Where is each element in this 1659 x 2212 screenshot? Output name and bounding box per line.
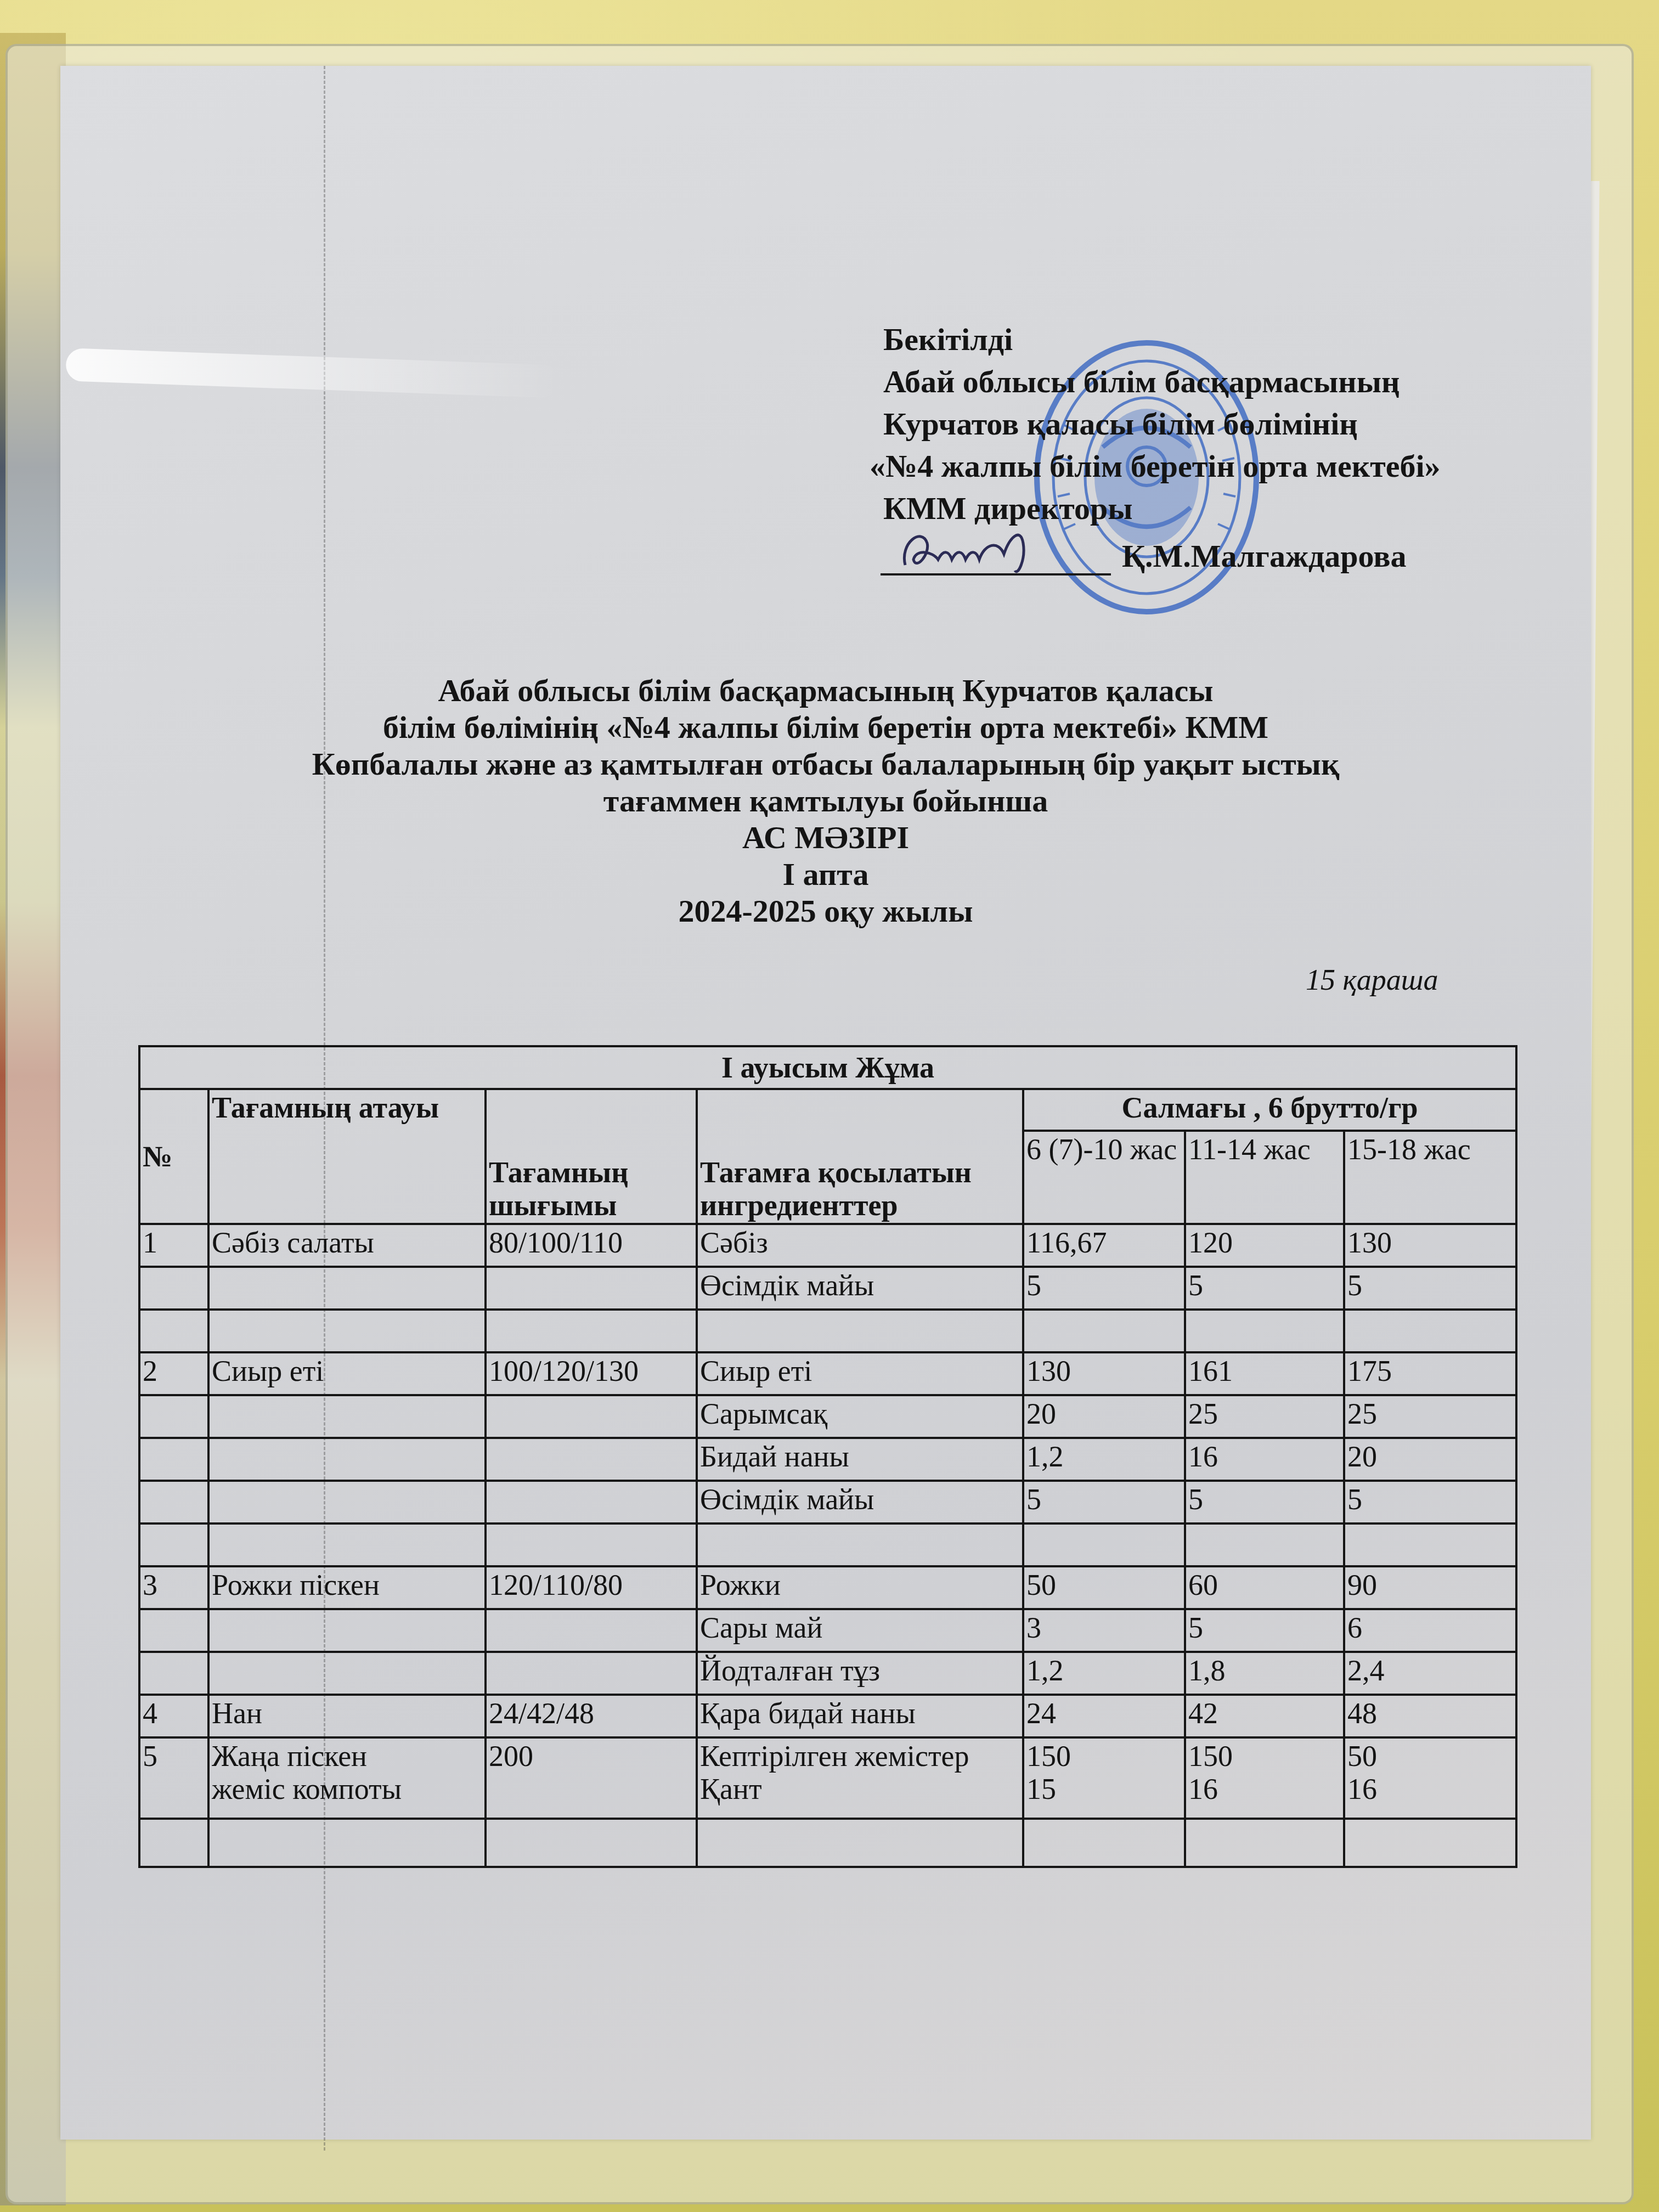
weight-age-6-10-line: 15 <box>1026 1773 1182 1805</box>
dish-name <box>208 1395 486 1438</box>
weight-age-15-18: 5 <box>1344 1481 1516 1523</box>
dish-name: Рожки піскен <box>208 1566 486 1609</box>
dish-yield: 80/100/110 <box>486 1224 697 1267</box>
approval-line: Абай облысы білім басқармасының <box>883 360 1542 403</box>
row-number <box>139 1310 208 1352</box>
dish-name: Сиыр еті <box>208 1352 486 1395</box>
weight-age-11-14: 5 <box>1185 1481 1344 1523</box>
dish-yield <box>486 1481 697 1523</box>
signer-name: Қ.М.Малгаждарова <box>1122 538 1406 574</box>
row-number <box>139 1438 208 1481</box>
row-number <box>139 1395 208 1438</box>
dish-name <box>208 1609 486 1652</box>
table-row: Бидай наны1,21620 <box>139 1438 1516 1481</box>
dish-name <box>208 1310 486 1352</box>
empty-cell <box>208 1819 486 1867</box>
menu-heading: АС МӘЗІРІ <box>137 819 1514 856</box>
table-row: Йодталған тұз1,21,82,4 <box>139 1652 1516 1695</box>
ingredient-name <box>697 1310 1023 1352</box>
dish-name <box>208 1652 486 1695</box>
dish-yield <box>486 1395 697 1438</box>
weight-age-15-18-line: 16 <box>1347 1773 1513 1805</box>
weight-age-15-18-line: 50 <box>1347 1740 1513 1773</box>
weight-age-6-10 <box>1023 1523 1185 1566</box>
header-age-6-10: 6 (7)-10 жас <box>1023 1131 1185 1224</box>
dish-name: Сәбіз салаты <box>208 1224 486 1267</box>
weight-age-11-14: 120 <box>1185 1224 1344 1267</box>
empty-cell <box>139 1819 208 1867</box>
weight-age-15-18: 2,4 <box>1344 1652 1516 1695</box>
weight-age-15-18: 48 <box>1344 1695 1516 1737</box>
approval-line: «№4 жалпы білім беретін орта мектебі» <box>870 445 1542 487</box>
dish-yield <box>486 1652 697 1695</box>
row-number: 1 <box>139 1224 208 1267</box>
weight-age-11-14: 161 <box>1185 1352 1344 1395</box>
document-title: Абай облысы білім басқармасының Курчатов… <box>137 672 1514 929</box>
weight-age-11-14 <box>1185 1523 1344 1566</box>
row-number: 5 <box>139 1737 208 1819</box>
weight-age-6-10: 116,67 <box>1023 1224 1185 1267</box>
weight-age-11-14: 15016 <box>1185 1737 1344 1819</box>
ingredient-name: Рожки <box>697 1566 1023 1609</box>
dish-yield <box>486 1523 697 1566</box>
weight-age-11-14: 60 <box>1185 1566 1344 1609</box>
weight-age-11-14: 5 <box>1185 1609 1344 1652</box>
dish-name: Жаңа піскенжеміс компоты <box>208 1737 486 1819</box>
ingredient-name: Сиыр еті <box>697 1352 1023 1395</box>
header-age-11-14: 11-14 жас <box>1185 1131 1344 1224</box>
weight-age-11-14: 16 <box>1185 1438 1344 1481</box>
table-row: 3Рожки піскен120/110/80Рожки506090 <box>139 1566 1516 1609</box>
ingredient-name-line: Қант <box>700 1773 1020 1805</box>
weight-age-15-18 <box>1344 1310 1516 1352</box>
weight-age-11-14: 25 <box>1185 1395 1344 1438</box>
dish-yield: 120/110/80 <box>486 1566 697 1609</box>
weight-age-6-10: 1,2 <box>1023 1652 1185 1695</box>
row-number <box>139 1267 208 1310</box>
weight-age-6-10-line: 150 <box>1026 1740 1182 1773</box>
header-number: № <box>139 1089 208 1224</box>
ingredient-name: Йодталған тұз <box>697 1652 1023 1695</box>
title-line: білім бөлімінің «№4 жалпы білім беретін … <box>137 709 1514 746</box>
dish-name: Нан <box>208 1695 486 1737</box>
weight-age-6-10: 50 <box>1023 1566 1185 1609</box>
table-row <box>139 1310 1516 1352</box>
dish-name <box>208 1481 486 1523</box>
ingredient-name: Қара бидай наны <box>697 1695 1023 1737</box>
weight-age-11-14-line: 16 <box>1188 1773 1341 1805</box>
header-age-15-18: 15-18 жас <box>1344 1131 1516 1224</box>
weight-age-15-18: 25 <box>1344 1395 1516 1438</box>
weight-age-6-10: 5 <box>1023 1267 1185 1310</box>
header-ingredients: Тағамға қосылатын ингредиенттер <box>697 1089 1023 1224</box>
empty-cell <box>1185 1819 1344 1867</box>
ingredient-name-line: Кептірілген жемістер <box>700 1740 1020 1773</box>
approval-heading: Бекітілді <box>883 318 1542 360</box>
title-line: Абай облысы білім басқармасының Курчатов… <box>137 672 1514 709</box>
weight-age-6-10: 1,2 <box>1023 1438 1185 1481</box>
dish-name <box>208 1267 486 1310</box>
shift-title: І ауысым Жұма <box>139 1046 1516 1089</box>
table-row: Өсімдік майы555 <box>139 1267 1516 1310</box>
ingredient-name: Бидай наны <box>697 1438 1023 1481</box>
dish-yield <box>486 1609 697 1652</box>
table-row <box>139 1523 1516 1566</box>
approval-block: Бекітілді Абай облысы білім басқармасыны… <box>883 318 1542 529</box>
dish-yield: 24/42/48 <box>486 1695 697 1737</box>
dish-yield <box>486 1438 697 1481</box>
row-number <box>139 1652 208 1695</box>
ingredient-name: Өсімдік майы <box>697 1481 1023 1523</box>
weight-age-6-10 <box>1023 1310 1185 1352</box>
dish-yield <box>486 1310 697 1352</box>
menu-table: І ауысым Жұма № Тағамның атауы Тағамның … <box>138 1045 1517 1868</box>
table-row: 5Жаңа піскенжеміс компоты200Кептірілген … <box>139 1737 1516 1819</box>
weight-age-11-14: 42 <box>1185 1695 1344 1737</box>
weight-age-15-18: 5016 <box>1344 1737 1516 1819</box>
weight-age-6-10: 15015 <box>1023 1737 1185 1819</box>
header-dish-name: Тағамның атауы <box>208 1089 486 1224</box>
ingredient-name: Өсімдік майы <box>697 1267 1023 1310</box>
table-row: 2Сиыр еті100/120/130Сиыр еті130161175 <box>139 1352 1516 1395</box>
row-number <box>139 1481 208 1523</box>
row-number: 3 <box>139 1566 208 1609</box>
weight-age-6-10: 130 <box>1023 1352 1185 1395</box>
table-row: Сарымсақ202525 <box>139 1395 1516 1438</box>
row-number <box>139 1523 208 1566</box>
table-row: Өсімдік майы555 <box>139 1481 1516 1523</box>
academic-year: 2024-2025 оқу жылы <box>137 893 1514 929</box>
weight-age-6-10: 24 <box>1023 1695 1185 1737</box>
weight-age-15-18 <box>1344 1523 1516 1566</box>
empty-cell <box>486 1819 697 1867</box>
empty-cell <box>1344 1819 1516 1867</box>
menu-date: 15 қараша <box>1306 963 1438 997</box>
signature-icon <box>894 521 1092 582</box>
weight-age-6-10: 20 <box>1023 1395 1185 1438</box>
weight-age-6-10: 5 <box>1023 1481 1185 1523</box>
weight-age-6-10: 3 <box>1023 1609 1185 1652</box>
ingredient-name: Сарымсақ <box>697 1395 1023 1438</box>
weight-age-15-18: 90 <box>1344 1566 1516 1609</box>
ingredient-name: Кептірілген жемістерҚант <box>697 1737 1023 1819</box>
weight-age-15-18: 130 <box>1344 1224 1516 1267</box>
weight-age-11-14: 5 <box>1185 1267 1344 1310</box>
row-number: 4 <box>139 1695 208 1737</box>
dish-name-line: жеміс компоты <box>212 1773 482 1805</box>
dish-name-line: Жаңа піскен <box>212 1740 482 1773</box>
weight-age-11-14: 1,8 <box>1185 1652 1344 1695</box>
table-row: Сары май356 <box>139 1609 1516 1652</box>
signature-line <box>881 573 1111 575</box>
weight-age-11-14-line: 150 <box>1188 1740 1341 1773</box>
table-row: 1Сәбіз салаты80/100/110Сәбіз116,67120130 <box>139 1224 1516 1267</box>
weight-age-15-18: 6 <box>1344 1609 1516 1652</box>
row-number <box>139 1609 208 1652</box>
dish-yield <box>486 1267 697 1310</box>
table-row: 4Нан24/42/48Қара бидай наны244248 <box>139 1695 1516 1737</box>
weight-age-11-14 <box>1185 1310 1344 1352</box>
table-row-empty <box>139 1819 1516 1867</box>
dish-name <box>208 1523 486 1566</box>
header-weight: Салмағы , 6 брутто/гр <box>1023 1089 1516 1131</box>
dish-yield: 100/120/130 <box>486 1352 697 1395</box>
dish-yield: 200 <box>486 1737 697 1819</box>
dish-name <box>208 1438 486 1481</box>
empty-cell <box>697 1819 1023 1867</box>
ingredient-name: Сары май <box>697 1609 1023 1652</box>
weight-age-15-18: 20 <box>1344 1438 1516 1481</box>
title-line: Көпбалалы және аз қамтылған отбасы балал… <box>137 746 1514 782</box>
week-label: І апта <box>137 856 1514 893</box>
ingredient-name <box>697 1523 1023 1566</box>
weight-age-15-18: 5 <box>1344 1267 1516 1310</box>
empty-cell <box>1023 1819 1185 1867</box>
title-line: тағаммен қамтылуы бойынша <box>137 782 1514 819</box>
row-number: 2 <box>139 1352 208 1395</box>
ingredient-name: Сәбіз <box>697 1224 1023 1267</box>
header-dish-yield: Тағамның шығымы <box>486 1089 697 1224</box>
weight-age-15-18: 175 <box>1344 1352 1516 1395</box>
approval-line: Курчатов қаласы білім бөлімінің <box>883 403 1542 445</box>
